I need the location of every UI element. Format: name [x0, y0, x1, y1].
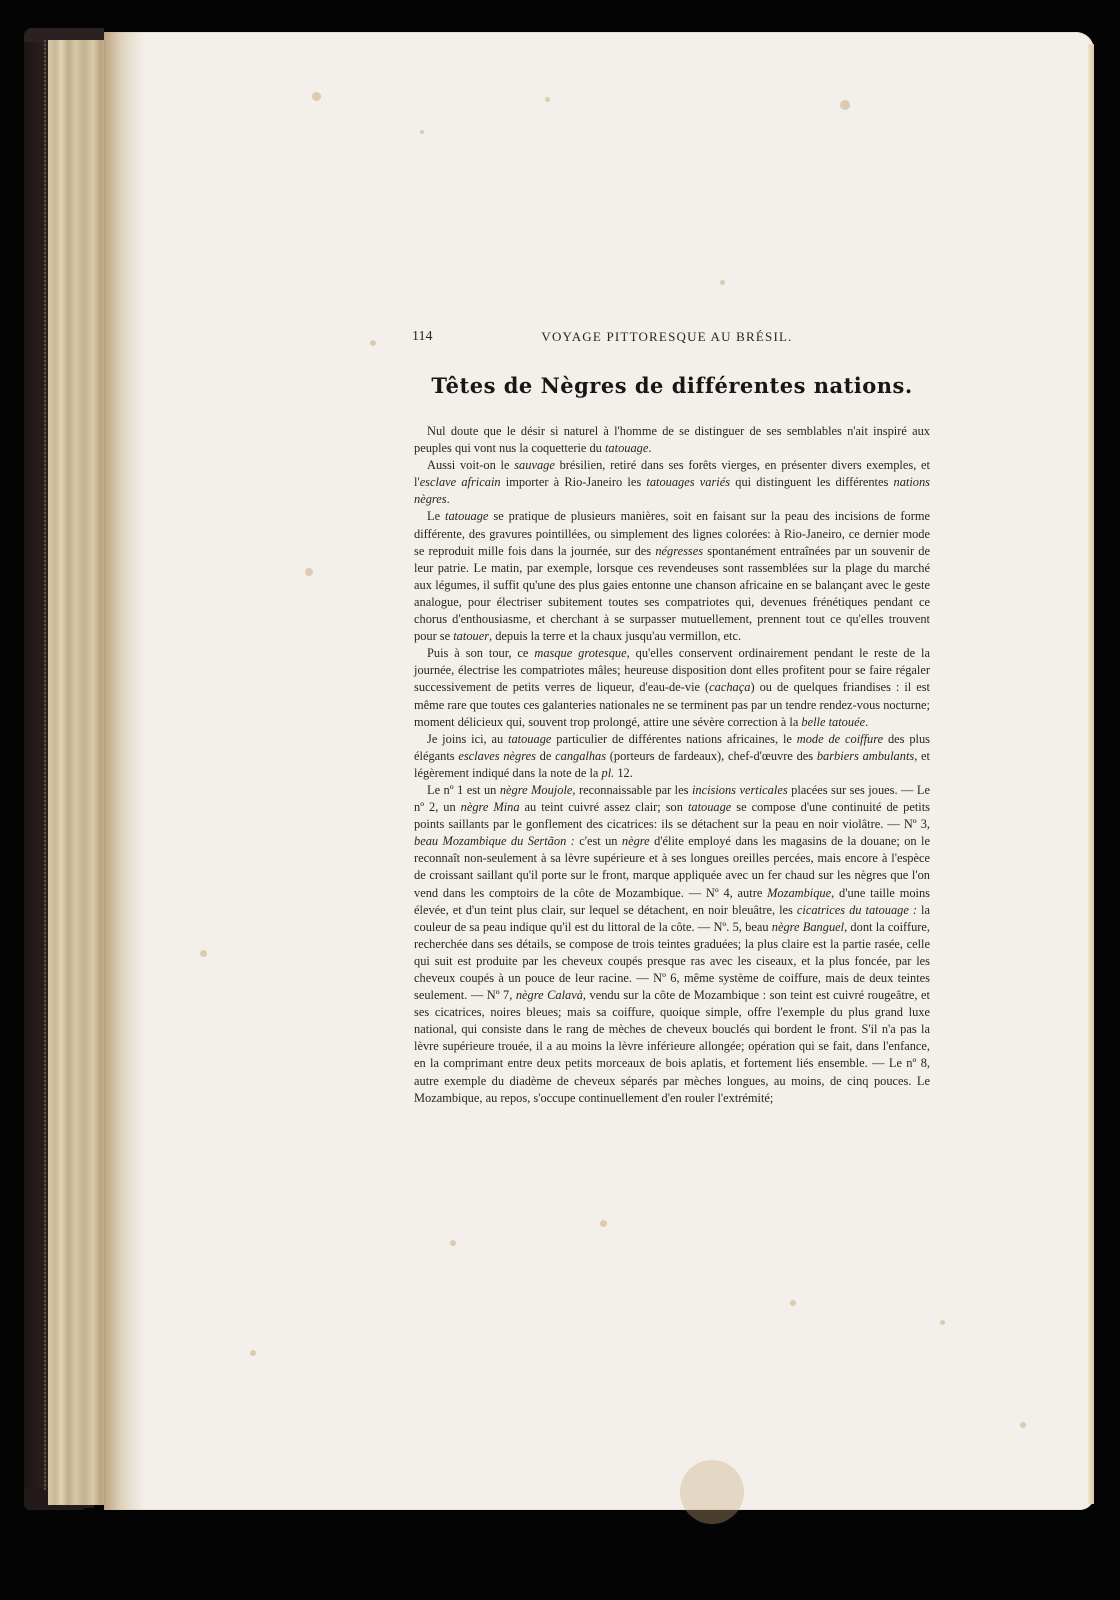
paragraph: Aussi voit-on le sauvage brésilien, reti…	[414, 457, 930, 508]
italic-text: beau Mozambique du Sertãon :	[414, 834, 575, 848]
page-number: 114	[412, 329, 452, 345]
foxing-spot	[450, 1240, 456, 1246]
text-segment: (porteurs de fardeaux), chef-d'œuvre des	[606, 749, 817, 763]
text-segment: .	[648, 441, 651, 455]
italic-text: cangalhas	[555, 749, 606, 763]
italic-text: tatouage	[605, 441, 648, 455]
text-segment: .	[865, 715, 868, 729]
page-edges-stack	[48, 40, 108, 1505]
foxing-spot	[370, 340, 376, 346]
text-segment: , depuis la terre et la chaux jusqu'au v…	[489, 629, 741, 643]
text-segment: Je joins ici, au	[427, 732, 508, 746]
foxing-spot	[200, 950, 207, 957]
italic-text: mode de coiffure	[797, 732, 883, 746]
foxing-spot	[680, 1460, 744, 1524]
gilt-border	[44, 40, 46, 1490]
paragraph: Le tatouage se pratique de plusieurs man…	[414, 508, 930, 645]
running-head: 114 VOYAGE PITTORESQUE AU BRÉSIL.	[412, 327, 932, 347]
foxing-spot	[940, 1320, 945, 1325]
italic-text: tatouage	[688, 800, 731, 814]
italic-text: pl.	[602, 766, 615, 780]
text-segment: Le	[427, 509, 445, 523]
italic-text: cicatrices du tatouage :	[797, 903, 917, 917]
page-fore-edge	[1088, 44, 1094, 1504]
italic-text: nègre Moujole	[500, 783, 573, 797]
text-segment: Le nº 1 est un	[427, 783, 500, 797]
paragraph: Puis à son tour, ce masque grotesque, qu…	[414, 645, 930, 730]
gutter-shadow	[104, 32, 144, 1510]
foxing-spot	[840, 100, 850, 110]
foxing-spot	[305, 568, 313, 576]
italic-text: nègre Mina	[461, 800, 520, 814]
italic-text: tatouages variés	[646, 475, 730, 489]
foxing-spot	[720, 280, 725, 285]
text-segment: de	[536, 749, 555, 763]
italic-text: tatouer	[453, 629, 489, 643]
foxing-spot	[1020, 1422, 1026, 1428]
italic-text: nègre Banguel	[772, 920, 844, 934]
foxing-spot	[420, 130, 424, 134]
italic-text: esclaves nègres	[458, 749, 536, 763]
paragraph: Je joins ici, au tatouage particulier de…	[414, 731, 930, 782]
paragraph: Le nº 1 est un nègre Moujole, reconnaiss…	[414, 782, 930, 1107]
text-segment: Nul doute que le désir si naturel à l'ho…	[414, 424, 930, 455]
italic-text: belle tatouée	[801, 715, 865, 729]
body-text: Nul doute que le désir si naturel à l'ho…	[414, 423, 930, 1107]
italic-text: incisions verticales	[692, 783, 788, 797]
italic-text: tatouage	[445, 509, 488, 523]
italic-text: nègre Calavà	[516, 988, 583, 1002]
paragraph: Nul doute que le désir si naturel à l'ho…	[414, 423, 930, 457]
text-segment: .	[447, 492, 450, 506]
text-segment: Puis à son tour, ce	[427, 646, 534, 660]
foxing-spot	[250, 1350, 256, 1356]
italic-text: négresses	[655, 544, 703, 558]
running-head-title: VOYAGE PITTORESQUE AU BRÉSIL.	[452, 329, 932, 345]
italic-text: cachaça	[709, 680, 750, 694]
foxing-spot	[312, 92, 321, 101]
text-segment: Aussi voit-on le	[427, 458, 514, 472]
foxing-spot	[600, 1220, 607, 1227]
italic-text: Mozambique	[767, 886, 831, 900]
text-segment: particulier de différentes nations afric…	[551, 732, 796, 746]
italic-text: barbiers ambulants	[817, 749, 914, 763]
foxing-spot	[545, 97, 550, 102]
italic-text: sauvage	[514, 458, 555, 472]
italic-text: esclave africain	[420, 475, 501, 489]
text-segment: qui distinguent les différentes	[730, 475, 893, 489]
text-segment: importer à Rio-Janeiro les	[501, 475, 647, 489]
text-segment: , reconnaissable par les	[572, 783, 692, 797]
italic-text: tatouage	[508, 732, 551, 746]
italic-text: nègre	[622, 834, 650, 848]
text-segment: au teint cuivré assez clair; son	[520, 800, 688, 814]
text-segment: , vendu sur la côte de Mozambique : son …	[414, 988, 930, 1105]
chapter-title: Têtes de Nègres de différentes nations.	[412, 373, 932, 398]
italic-text: masque grotesque	[534, 646, 626, 660]
text-segment: c'est un	[575, 834, 622, 848]
text-segment: 12.	[614, 766, 633, 780]
foxing-spot	[790, 1300, 796, 1306]
